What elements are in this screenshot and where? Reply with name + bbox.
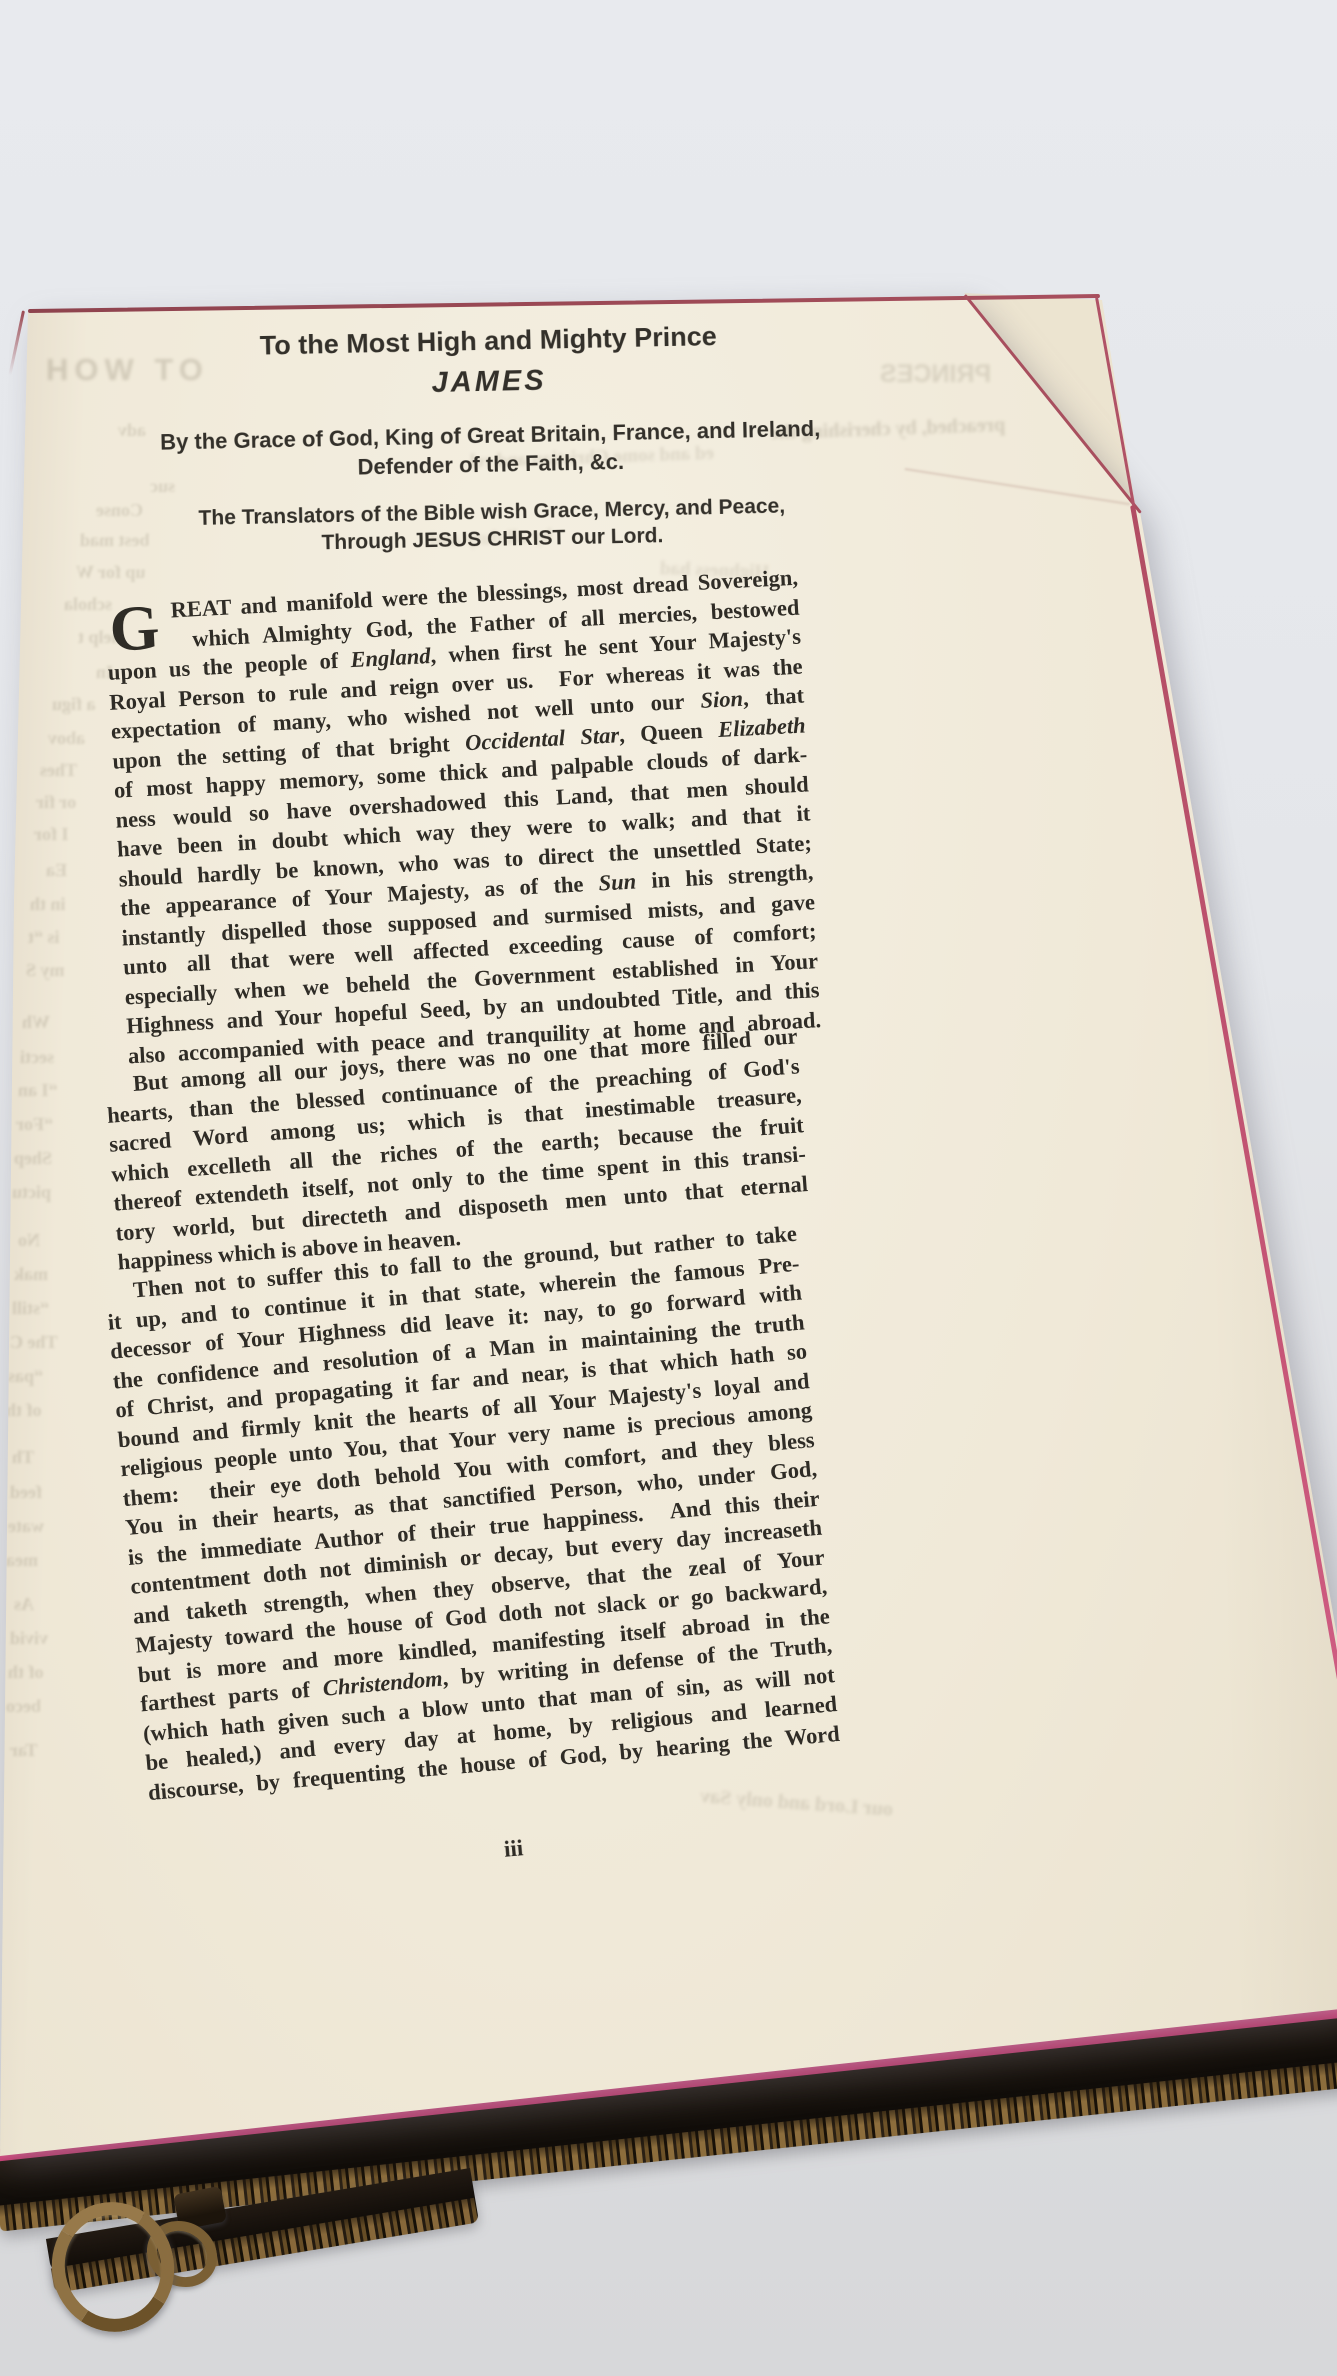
ghost-text: my S	[26, 960, 65, 981]
ghost-text: pictu	[12, 1182, 51, 1203]
paragraph-3: Then not to suffer this to fall to the g…	[104, 1218, 841, 1806]
ghost-text: wate	[8, 1516, 44, 1537]
ghost-text: “For	[16, 1114, 53, 1135]
dedication-title: To the Most High and Mighty Prince	[96, 318, 880, 365]
dedication-name: JAMES	[97, 358, 882, 407]
ghost-text: mak	[14, 1264, 48, 1285]
ghost-text: is “t	[28, 927, 60, 948]
ghost-text: I for	[34, 824, 69, 845]
ghost-text: No	[18, 1230, 40, 1251]
ghost-text: abov	[48, 728, 85, 749]
ghost-text: “I an	[18, 1080, 58, 1101]
ghost-text: mea	[6, 1550, 38, 1571]
ghost-text: or fir	[36, 792, 76, 813]
ghost-text: in th	[30, 894, 66, 915]
ghost-text: up for W	[76, 562, 145, 583]
ghost-text: feed	[10, 1482, 42, 1503]
ghost-text: PRINCES	[880, 360, 991, 389]
ghost-text: Thes	[40, 760, 77, 781]
drop-cap: G	[108, 598, 161, 659]
ghost-text: “pas	[8, 1366, 43, 1387]
ghost-text: Tar	[10, 1740, 37, 1761]
ghost-text: As	[14, 1594, 34, 1615]
ghost-text: of th	[8, 1662, 44, 1683]
paragraph-1: G REAT and manifold were the blessings, …	[104, 563, 822, 1071]
dedication-header: To the Most High and Mighty Prince JAMES…	[96, 318, 885, 560]
ghost-text: Ea	[46, 860, 67, 881]
ghost-text: beco	[6, 1696, 41, 1717]
ghost-text: “still	[12, 1298, 49, 1319]
ghost-text: vivid	[10, 1628, 48, 1649]
ghost-text: Th	[12, 1447, 34, 1468]
ghost-text: The C	[10, 1332, 58, 1353]
ghost-text: secti	[20, 1047, 54, 1068]
ghost-text: of th	[6, 1400, 42, 1421]
book-page: HOW TOPRINCESpreached, by cherishing the…	[0, 0, 1337, 2376]
ghost-text: Shep	[14, 1148, 52, 1169]
ghost-text: a figu	[52, 694, 96, 715]
ghost-text: Wh	[22, 1012, 50, 1033]
page-number: iii	[503, 1835, 524, 1863]
book-photo: HOW TOPRINCESpreached, by cherishing the…	[0, 0, 1337, 2376]
dedication-body: G REAT and manifold were the blessings, …	[104, 599, 798, 1809]
